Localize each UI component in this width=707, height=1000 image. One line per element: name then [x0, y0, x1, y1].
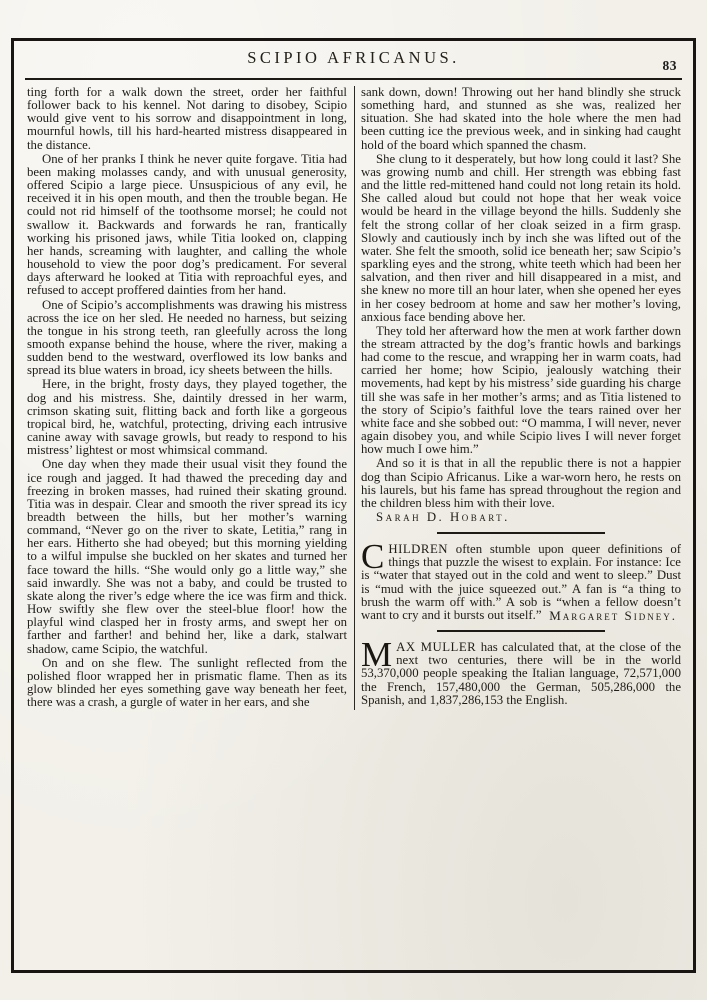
article-separator-rule-1	[437, 532, 605, 534]
page-header: SCIPIO AFRICANUS. 83	[14, 41, 693, 74]
article1-right-paragraph-2: She clung to it desperately, but how lon…	[361, 153, 681, 324]
article3-dropcap-letter: M	[361, 641, 396, 667]
article3-paragraph: MAX MULLER has calculated that, at the c…	[361, 641, 681, 707]
article1-right-paragraph-4: And so it is that in all the republic th…	[361, 457, 681, 510]
page-number: 83	[663, 58, 678, 74]
column-divider-rule	[354, 86, 355, 710]
article1-left-paragraph-3: One of Scipio’s accomplishments was draw…	[27, 299, 347, 378]
article1-left-paragraph-5: One day when they made their usual visit…	[27, 458, 347, 655]
left-column: ting forth for a walk down the street, o…	[27, 86, 347, 710]
article1-left-paragraph-6: On and on she flew. The sunlight reflect…	[27, 657, 347, 710]
article3-leadin-caps: AX MULLER	[396, 640, 476, 654]
article1-left-paragraph-2: One of her pranks I think he never quite…	[27, 153, 347, 298]
article2-leadin-caps: HILDREN	[388, 542, 448, 556]
page-border-frame: SCIPIO AFRICANUS. 83 ting forth for a wa…	[11, 38, 696, 973]
article1-right-paragraph-3: They told her afterward how the men at w…	[361, 325, 681, 457]
scanned-book-page: { "header": { "title": "SCIPIO AFRICANUS…	[0, 0, 707, 1000]
article1-author-signature: Sarah D. Hobart.	[361, 511, 681, 524]
article1-left-paragraph-4: Here, in the bright, frosty days, they p…	[27, 378, 347, 457]
right-column: sank down, down! Throwing out her hand b…	[361, 86, 681, 710]
article1-right-paragraph-1: sank down, down! Throwing out her hand b…	[361, 86, 681, 152]
two-column-text-area: ting forth for a walk down the street, o…	[14, 80, 693, 710]
article1-left-paragraph-1: ting forth for a walk down the street, o…	[27, 86, 347, 152]
page-title: SCIPIO AFRICANUS.	[14, 48, 693, 68]
article-separator-rule-2	[437, 630, 605, 632]
article2-author-signature: Margaret Sidney.	[549, 609, 681, 622]
article2-dropcap-letter: C	[361, 543, 388, 569]
article2-paragraph: CHILDREN often stumble upon queer defini…	[361, 543, 681, 622]
